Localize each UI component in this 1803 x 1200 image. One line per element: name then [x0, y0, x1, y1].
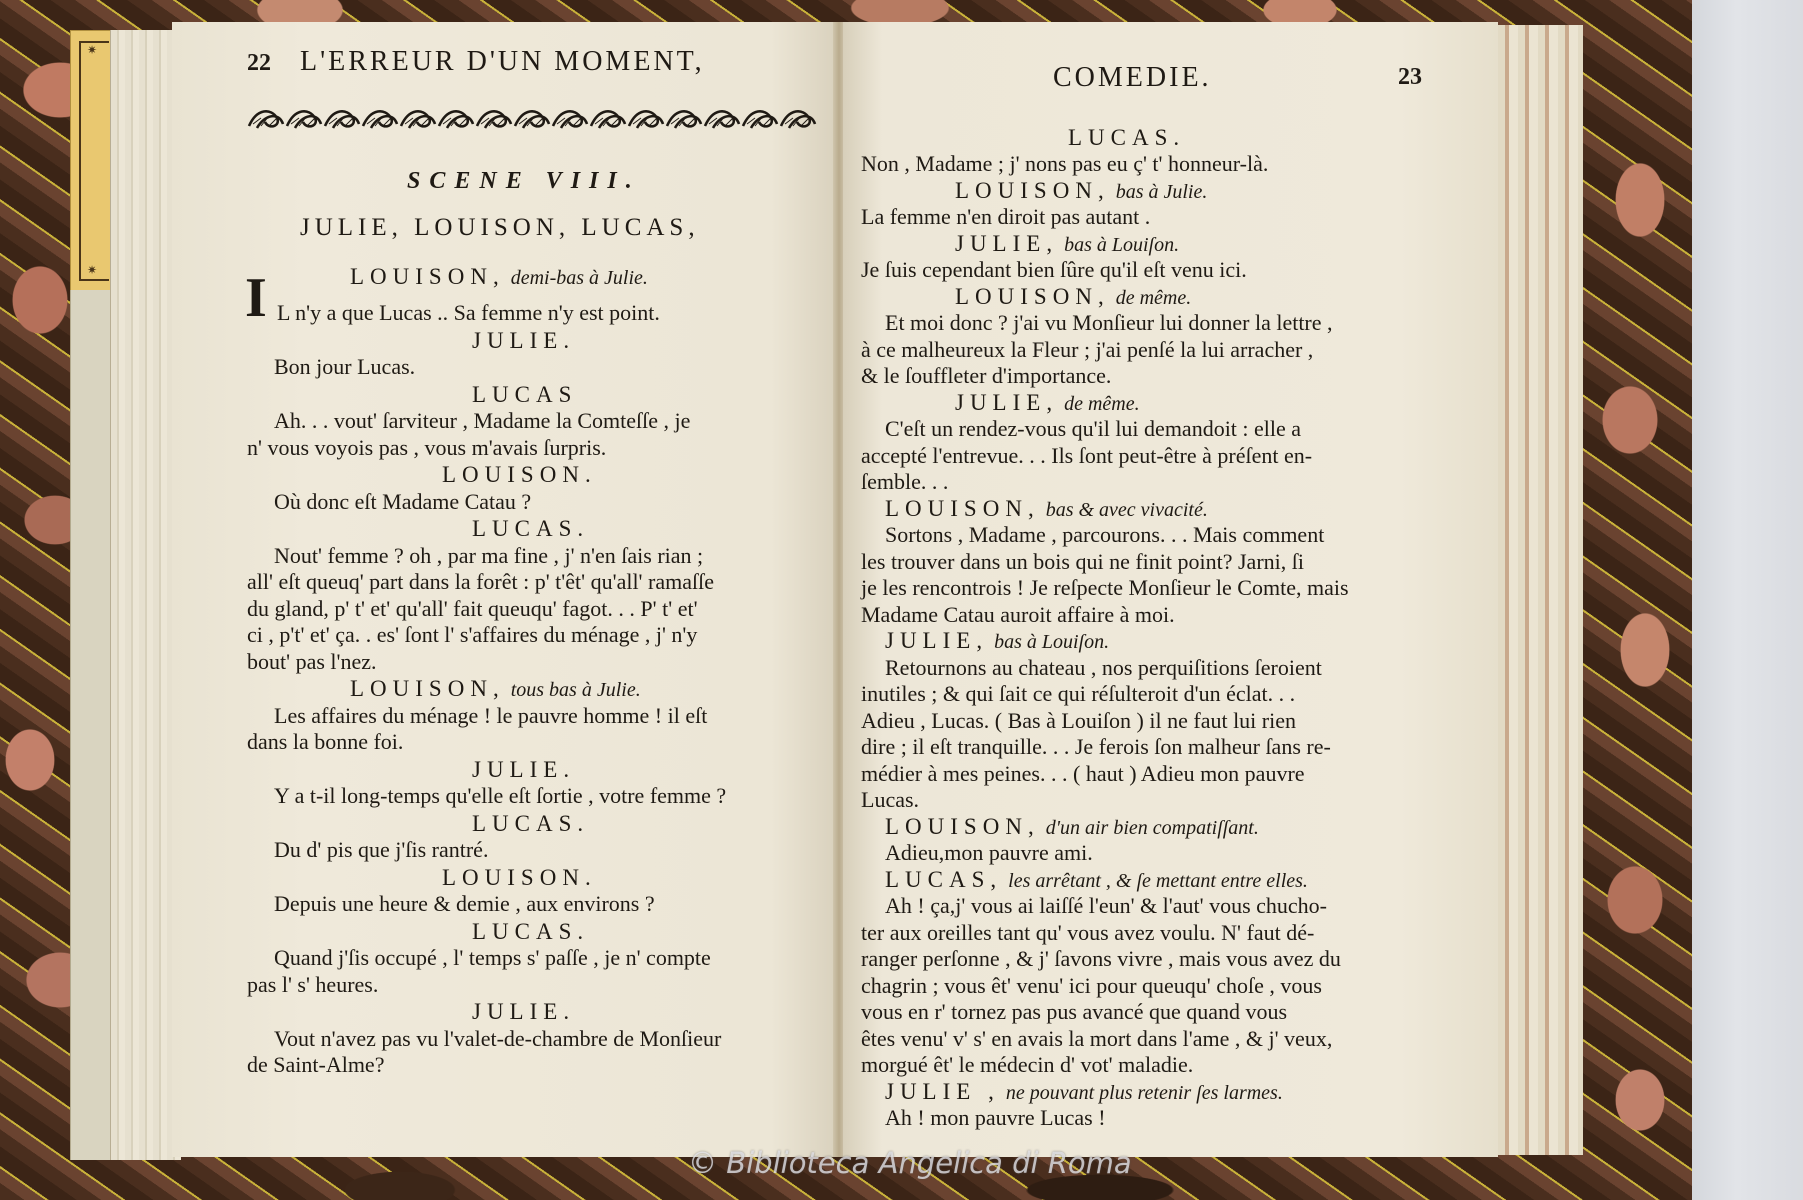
dialogue-line: les trouver dans un bois qui ne finit po…: [861, 549, 1304, 575]
speaker-name: JULIE,: [955, 231, 1058, 256]
speaker-name: LOUISON.: [442, 865, 597, 890]
stage-direction: les arrêtant , & ſe mettant entre elles.: [1008, 870, 1308, 892]
dialogue-line: Où donc eſt Madame Catau ?: [274, 489, 531, 515]
dialogue-line: ci , p't' et' ça. . es' ſont l' s'affair…: [247, 622, 697, 648]
speaker-heading: LUCAS.: [472, 919, 589, 945]
speaker-name: JULIE.: [472, 999, 575, 1024]
speaker-heading: JULIE,bas à Louiſon.: [955, 231, 1179, 258]
speaker-heading: LOUISON,d'un air bien compatiſſant.: [885, 814, 1259, 841]
page-edges-left: [110, 30, 181, 1160]
dialogue-line: du gland, p' t' et' qu'all' fait queuqu'…: [247, 596, 698, 622]
speaker-heading: LOUISON,demi-bas à Julie.: [350, 264, 648, 291]
dialogue-line: bout' pas l'nez.: [247, 649, 377, 675]
speaker-name: LUCAS,: [885, 867, 1002, 892]
speaker-name: LUCAS: [472, 382, 577, 407]
speaker-name: LOUISON,: [350, 676, 505, 701]
dialogue-line: de Saint-Alme?: [247, 1052, 384, 1078]
dialogue-line: C'eſt un rendez-vous qu'il lui demandoit…: [885, 416, 1301, 442]
speaker-name: LOUISON,: [350, 264, 505, 289]
spine-label: ✷ ✷: [70, 30, 114, 292]
dialogue-line: Non , Madame ; j' nons pas eu ç' t' honn…: [861, 151, 1268, 177]
dialogue-text: L n'y a que Lucas .. Sa femme n'y est po…: [277, 300, 660, 325]
speaker-heading: JULIE.: [472, 328, 575, 354]
speaker-name: JULIE.: [472, 328, 575, 353]
dialogue-line: Nout' femme ? oh , par ma fine , j' n'en…: [274, 543, 703, 569]
speaker-heading: JULIE,bas à Louiſon.: [885, 628, 1109, 655]
dialogue-line: pas l' s' heures.: [247, 972, 378, 998]
dialogue-line: Ah ! mon pauvre Lucas !: [885, 1105, 1106, 1131]
speaker-name: JULIE.: [472, 757, 575, 782]
dialogue-line: Adieu,mon pauvre ami.: [885, 840, 1093, 866]
dialogue-line: êtes venu' v' s' en avais la mort dans l…: [861, 1026, 1332, 1052]
speaker-name: LUCAS.: [1068, 125, 1185, 150]
dialogue-line: Bon jour Lucas.: [274, 354, 415, 380]
stage-direction: de même.: [1116, 287, 1192, 309]
label-frame: [79, 41, 109, 281]
dialogue-line: La femme n'en diroit pas autant .: [861, 204, 1150, 230]
dialogue-line: vous en r' tornez pas pus avancé que qua…: [861, 999, 1287, 1025]
speaker-heading: JULIE.: [472, 757, 575, 783]
background-surface: [1692, 0, 1803, 1200]
dialogue-line: Sortons , Madame , parcourons. . . Mais …: [885, 522, 1324, 548]
stage-direction: ne pouvant plus retenir ſes larmes.: [1006, 1082, 1283, 1104]
copyright-watermark: © Biblioteca Angelica di Roma: [688, 1146, 1132, 1180]
dialogue-line: Depuis une heure & demie , aux environs …: [274, 891, 655, 917]
speaker-name: LUCAS.: [472, 516, 589, 541]
speaker-heading: JULIE ,ne pouvant plus retenir ſes larme…: [885, 1079, 1283, 1106]
dialogue-line: Ah ! ça,j' vous ai laiſſé l'eun' & l'aut…: [885, 893, 1327, 919]
speaker-name: LUCAS.: [472, 919, 589, 944]
dialogue-line: all' eſt queuq' part dans la forêt : p' …: [247, 569, 714, 595]
stage-direction: bas & avec vivacité.: [1046, 499, 1208, 521]
speaker-heading: LUCAS.: [472, 811, 589, 837]
stage-direction: bas à Julie.: [1116, 181, 1208, 203]
speaker-name: JULIE,: [885, 628, 988, 653]
dialogue-line: accepté l'entrevue. . . Ils ſont peut-êt…: [861, 443, 1312, 469]
dialogue-line: IL n'y a que Lucas .. Sa femme n'y est p…: [247, 300, 660, 326]
decorative-band-ornament-icon: [247, 104, 817, 130]
speaker-name: LOUISON,: [955, 178, 1110, 203]
speaker-name: LUCAS.: [472, 811, 589, 836]
dialogue-line: Les affaires du ménage ! le pauvre homme…: [274, 703, 707, 729]
speaker-heading: LUCAS.: [1068, 125, 1185, 151]
dialogue-line: Je ſuis cependant bien ſûre qu'il eſt ve…: [861, 257, 1247, 283]
dialogue-line: Y a t-il long-temps qu'elle eſt ſortie ,…: [274, 783, 726, 809]
left-page: 22 L'ERREUR D'UN MOMENT, SCENE VIII. JUL…: [172, 22, 837, 1157]
front-endpaper: [70, 290, 113, 1160]
dialogue-line: médier à mes peines. . . ( haut ) Adieu …: [861, 761, 1305, 787]
speaker-heading: LUCAS: [472, 382, 577, 408]
speaker-heading: LOUISON,tous bas à Julie.: [350, 676, 641, 703]
dialogue-line: chagrin ; vous êt' venu' ici pour queuqu…: [861, 973, 1322, 999]
speaker-name: JULIE ,: [885, 1079, 1000, 1104]
speaker-heading: LUCAS,les arrêtant , & ſe mettant entre …: [885, 867, 1308, 894]
dialogue-line: Et moi donc ? j'ai vu Monſieur lui donne…: [885, 310, 1333, 336]
dialogue-line: Adieu , Lucas. ( Bas à Louiſon ) il ne f…: [861, 708, 1296, 734]
page-edges-right: [1498, 25, 1583, 1155]
speaker-heading: JULIE.: [472, 999, 575, 1025]
dialogue-line: je les rencontrois ! Je reſpecte Monſieu…: [861, 575, 1349, 601]
page-number: 22: [247, 50, 271, 77]
speaker-name: JULIE,: [955, 390, 1058, 415]
stage-direction: bas à Louiſon.: [1064, 234, 1179, 256]
stage-direction: bas à Louiſon.: [994, 631, 1109, 653]
speaker-heading: LOUISON.: [442, 865, 597, 891]
dialogue-line: ranger perſonne , & j' ſavons vivre , ma…: [861, 946, 1341, 972]
speaker-name: LOUISON.: [442, 462, 597, 487]
speaker-name: LOUISON,: [885, 814, 1040, 839]
running-head: L'ERREUR D'UN MOMENT,: [300, 46, 705, 78]
dialogue-line: inutiles ; & qui ſait ce qui réſulteroit…: [861, 681, 1295, 707]
scene-title: SCENE VIII.: [407, 168, 641, 194]
running-head: COMEDIE.: [1053, 62, 1212, 94]
star-ornament-icon: ✷: [87, 263, 97, 278]
stage-direction: d'un air bien compatiſſant.: [1046, 817, 1259, 839]
speaker-heading: LOUISON,bas à Julie.: [955, 178, 1207, 205]
speaker-name: LOUISON,: [885, 496, 1040, 521]
stage-direction: tous bas à Julie.: [511, 679, 641, 701]
dialogue-line: dire ; il eſt tranquille. . . Je ferois …: [861, 734, 1331, 760]
dialogue-line: morgué êt' le médecin d' vot' maladie.: [861, 1052, 1193, 1078]
speaker-heading: LOUISON,de même.: [955, 284, 1191, 311]
drop-cap: I: [245, 270, 267, 326]
speaker-heading: LOUISON.: [442, 462, 597, 488]
star-ornament-icon: ✷: [87, 43, 97, 58]
dialogue-line: Ah. . . vout' ſarviteur , Madame la Comt…: [274, 408, 690, 434]
dialogue-line: & le ſouffleter d'importance.: [861, 363, 1111, 389]
right-page: COMEDIE. 23 LUCAS.Non , Madame ; j' nons…: [843, 22, 1498, 1157]
dialogue-line: à ce malheureux la Fleur ; j'ai penſé la…: [861, 337, 1313, 363]
dialogue-line: Lucas.: [861, 787, 919, 813]
dialogue-line: Du d' pis que j'ſis rantré.: [274, 837, 488, 863]
characters-list: JULIE, LOUISON, LUCAS,: [300, 215, 700, 241]
dialogue-line: ſemble. . .: [861, 469, 948, 495]
stage-direction: demi-bas à Julie.: [511, 267, 648, 289]
dialogue-line: n' vous voyois pas , vous m'avais ſurpri…: [247, 435, 606, 461]
page-number: 23: [1398, 64, 1422, 91]
dialogue-line: Quand j'ſis occupé , l' temps s' paſſe ,…: [274, 945, 711, 971]
dialogue-line: Madame Catau auroit affaire à moi.: [861, 602, 1175, 628]
stage-direction: de même.: [1064, 393, 1140, 415]
dialogue-line: ter aux oreilles tant qu' vous avez voul…: [861, 920, 1314, 946]
speaker-heading: JULIE,de même.: [955, 390, 1140, 417]
dialogue-line: Vout n'avez pas vu l'valet-de-chambre de…: [274, 1026, 721, 1052]
dialogue-line: dans la bonne foi.: [247, 729, 403, 755]
speaker-heading: LOUISON,bas & avec vivacité.: [885, 496, 1208, 523]
dialogue-line: Retournons au chateau , nos perquiſition…: [885, 655, 1322, 681]
speaker-heading: LUCAS.: [472, 516, 589, 542]
speaker-name: LOUISON,: [955, 284, 1110, 309]
